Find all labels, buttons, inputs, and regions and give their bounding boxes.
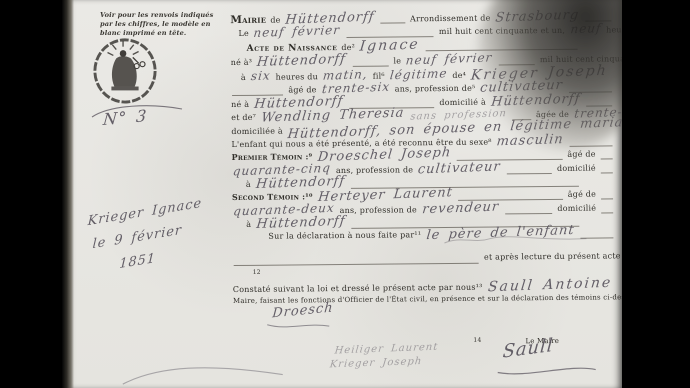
rule	[381, 22, 405, 23]
maire-signature-flourish	[492, 360, 602, 381]
sur-label: Sur la déclaration à nous faite par¹¹	[268, 230, 421, 240]
witness2-place: Hüttendorff	[256, 217, 346, 231]
ans-label: ans, profession de⁵	[395, 84, 476, 94]
ne2-label: né à	[231, 100, 249, 109]
rule	[601, 198, 613, 199]
de-label: de⁴	[452, 71, 466, 80]
rule	[507, 173, 552, 174]
witness1-a-label: à	[246, 180, 251, 189]
declarant: le père de l'enfant	[426, 226, 575, 242]
constate-label: Constaté suivant la loi et dressé le pré…	[233, 283, 483, 294]
date-value: neuf février	[253, 26, 341, 39]
officer-signature: Droesch	[272, 303, 334, 319]
a-label: à	[241, 73, 246, 82]
heures2-label: heures du	[276, 72, 318, 81]
scanned-birth-certificate-page: Voir pour les renvois indiqués par les c…	[62, 0, 622, 388]
witness2-dom-margin: domicilié	[557, 204, 596, 213]
rule	[601, 212, 613, 213]
officer-signature-flourish	[263, 320, 333, 333]
witness1-signature: Heiliger Laurent	[334, 344, 438, 356]
le2-label: le	[393, 56, 401, 65]
hour: six	[250, 71, 271, 81]
officer-name: Saull Antoine	[487, 278, 612, 294]
line-lecture: et après lecture du présent acte ont sig…	[231, 251, 622, 269]
etde-label: et de⁷	[231, 113, 256, 122]
scanned-document-viewer: { "colors": {"background": "#000000", "p…	[0, 0, 690, 388]
bottom-left-pen-flourish	[119, 361, 289, 388]
ne-label: né à³	[231, 58, 252, 67]
sexe-label: L'enfant qui nous a été présenté, a été …	[231, 138, 491, 149]
witness2-ans-label: ans, profession de	[340, 205, 417, 215]
father-age: trente-six	[321, 83, 390, 95]
dom-label: domicilié à	[439, 98, 486, 107]
witness1-place: Hüttendorff	[255, 177, 345, 191]
witness2-profession: revendeur	[421, 202, 499, 215]
rule	[505, 213, 553, 214]
birthplace: Hüttendorff	[257, 55, 347, 69]
witness1-dom-margin: domicilié	[557, 164, 596, 173]
witness1-profession: cultivateur	[418, 162, 502, 175]
witness1-age-margin: âgé de	[567, 150, 595, 159]
mairie-de: de	[270, 16, 280, 25]
child-name: Ignace	[359, 39, 420, 52]
rule	[601, 158, 613, 159]
dom2-label: domiciliée à	[231, 127, 283, 136]
mother-name: Wendling Theresia	[261, 109, 405, 125]
arrondissement-label: Arrondissement de	[410, 14, 491, 24]
lecture-label: et après lecture du présent acte ont sig…	[484, 251, 622, 262]
witness1-ans-label: ans, profession de	[336, 165, 413, 175]
footnote-12: 12	[253, 269, 261, 276]
line-declaration: Sur la déclaration à nous faite par¹¹ le…	[230, 227, 616, 245]
rule	[601, 172, 613, 173]
witness2-signature: Krieger Joseph	[329, 358, 422, 369]
witness2-label: Second Témoin :¹⁰	[232, 191, 313, 202]
acte-de: de²	[341, 43, 355, 52]
witness1-label: Premier Témoin :⁹	[232, 151, 313, 162]
maire-signature: Saull	[502, 339, 554, 360]
rule	[234, 263, 479, 266]
footnote-14: 14	[473, 337, 481, 344]
le-label: Le	[238, 29, 249, 38]
rule	[580, 237, 613, 238]
age-label: âgé de	[288, 85, 316, 94]
mairie-label: Mairie	[230, 14, 266, 26]
filiation: légitime	[389, 69, 448, 81]
witness2-a-label: à	[246, 220, 251, 229]
witness2-age-margin: âgé de	[568, 190, 596, 199]
